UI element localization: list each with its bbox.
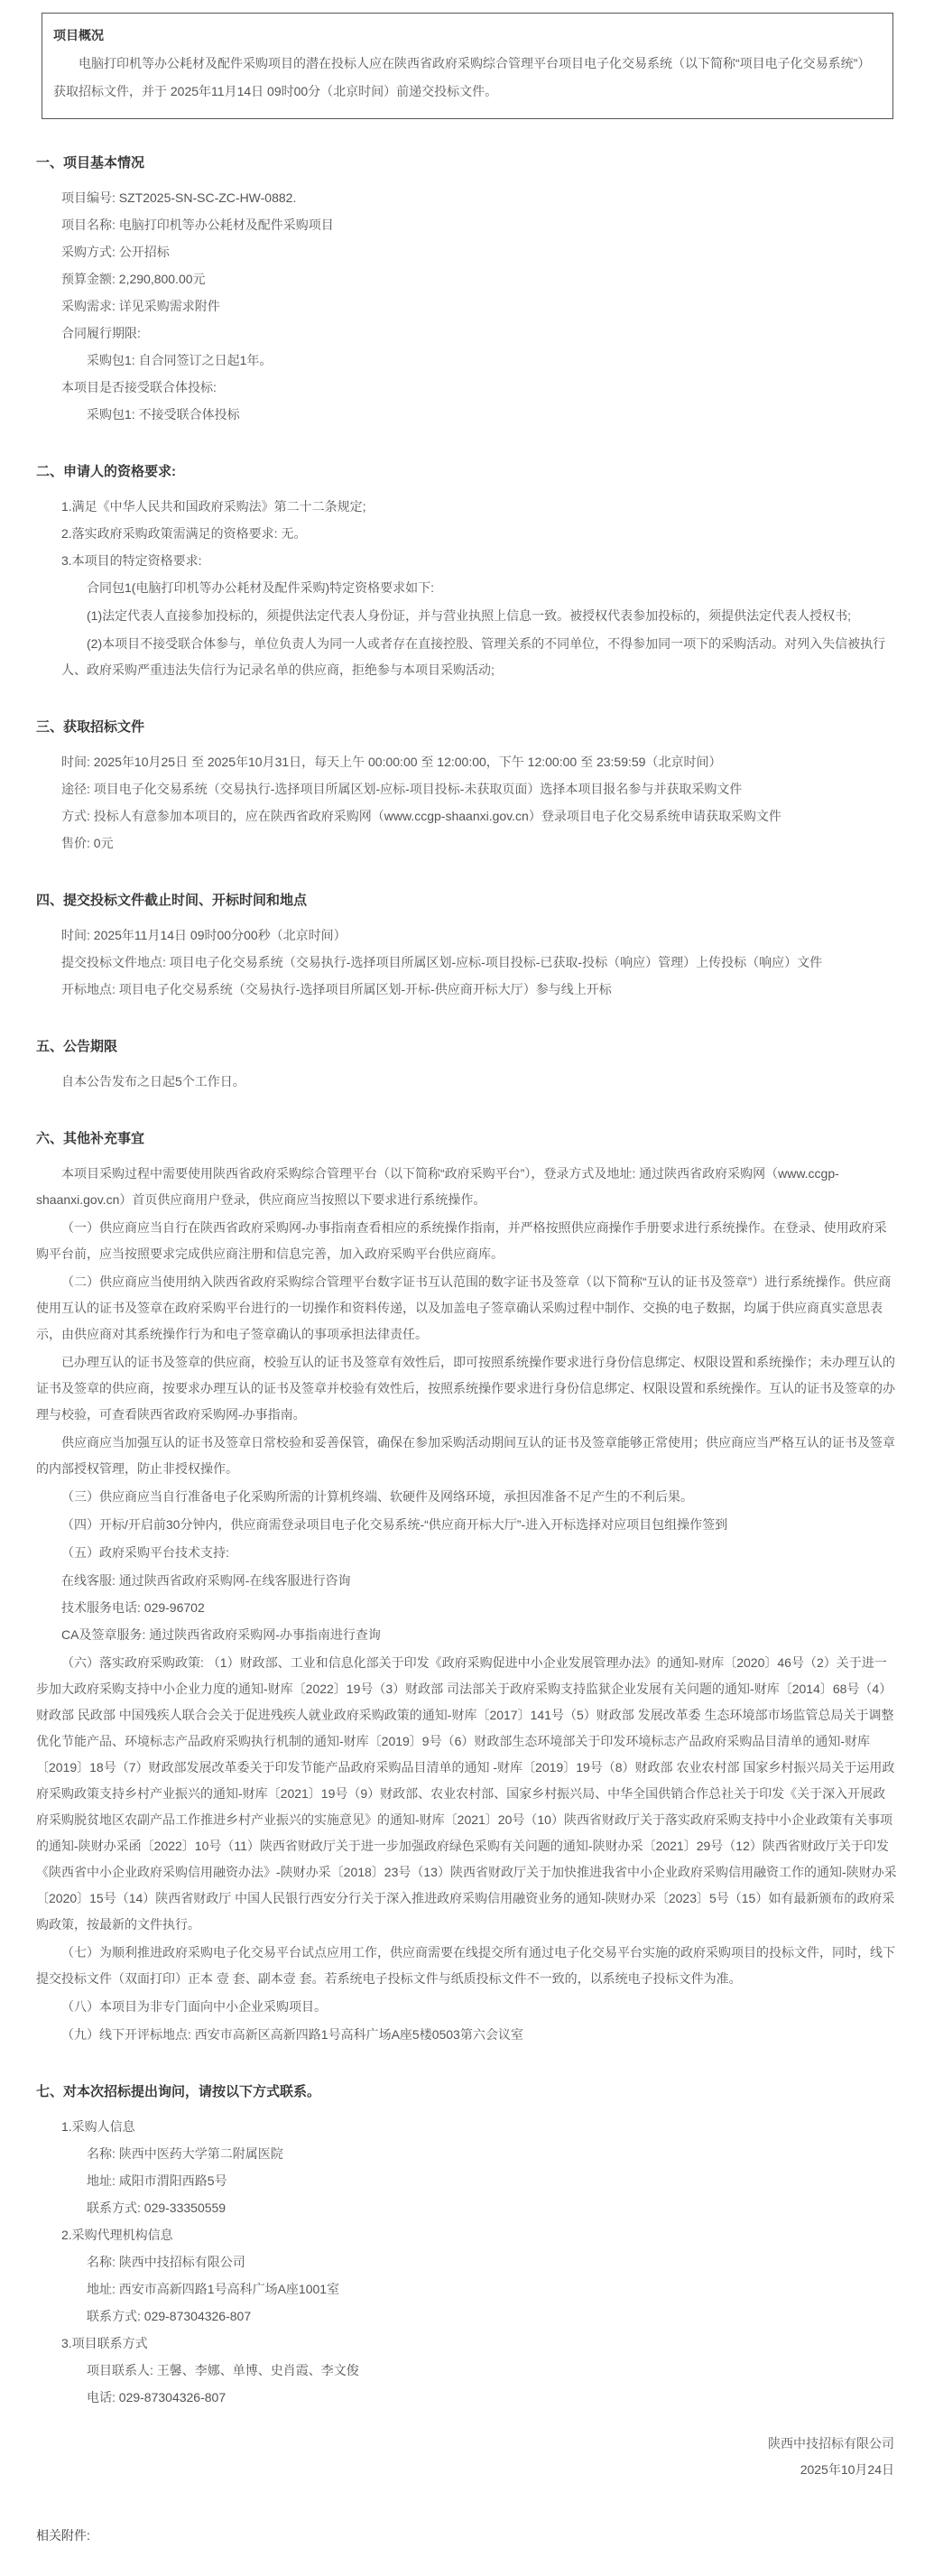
field-line: 时间: 2025年10月25日 至 2025年10月31日，每天上午 00:00…	[36, 749, 898, 775]
section-heading: 七、对本次招标提出询问，请按以下方式联系。	[36, 2079, 898, 2105]
sub-field-line: 电话: 029-87304326-807	[36, 2385, 898, 2411]
paragraph: （八）本项目为非专门面向中小企业采购项目。	[36, 1994, 898, 2020]
paragraph: （一）供应商应当自行在陕西省政府采购网-办事指南查看相应的系统操作指南，并严格按…	[36, 1215, 898, 1267]
sub-field-line: 项目联系人: 王馨、李娜、单博、史肖霞、李文俊	[36, 2358, 898, 2384]
field-line: 技术服务电话: 029-96702	[36, 1595, 898, 1621]
signature-block: 陕西中技招标有限公司 2025年10月24日	[36, 2431, 898, 2483]
section-heading: 三、获取招标文件	[36, 714, 898, 740]
section-heading: 五、公告期限	[36, 1033, 898, 1060]
field-line: 采购方式: 公开招标	[36, 239, 898, 265]
sub-paragraph: (1)法定代表人直接参加投标的，须提供法定代表人身份证，并与营业执照上信息一致。…	[36, 603, 898, 629]
paragraph: （三）供应商应当自行准备电子化采购所需的计算机终端、软硬件及网络环境，承担因准备…	[36, 1484, 898, 1510]
sub-field-line: 采购包1: 自合同签订之日起1年。	[36, 347, 898, 374]
field-line: 提交投标文件地点: 项目电子化交易系统（交易执行-选择项目所属区划-应标-项目投…	[36, 950, 898, 976]
field-line: 项目编号: SZT2025-SN-SC-ZC-HW-0882.	[36, 185, 898, 211]
section-heading: 四、提交投标文件截止时间、开标时间和地点	[36, 887, 898, 913]
sub-field-line: 名称: 陕西中医药大学第二附属医院	[36, 2141, 898, 2167]
sub-field-line: 联系方式: 029-33350559	[36, 2195, 898, 2221]
overview-title: 项目概况	[53, 22, 880, 50]
field-line: CA及签章服务: 通过陕西省政府采购网-办事指南进行查询	[36, 1622, 898, 1648]
sub-field-line: 地址: 咸阳市渭阳西路5号	[36, 2168, 898, 2194]
field-line: 方式: 投标人有意参加本项目的，应在陕西省政府采购网（www.ccgp-shaa…	[36, 803, 898, 829]
paragraph: 已办理互认的证书及签章的供应商，校验互认的证书及签章有效性后，即可按照系统操作要…	[36, 1349, 898, 1428]
sub-field-line: 联系方式: 029-87304326-807	[36, 2303, 898, 2330]
sub-field-line: 地址: 西安市高新四路1号高科广场A座1001室	[36, 2276, 898, 2303]
paragraph: （二）供应商应当使用纳入陕西省政府采购综合管理平台数字证书互认范围的数字证书及签…	[36, 1269, 898, 1348]
paragraph: （九）线下开评标地点: 西安市高新区高新四路1号高科广场A座5楼0503第六会议…	[36, 2022, 898, 2048]
sub-field-line: 合同包1(电脑打印机等办公耗材及配件采购)特定资格要求如下:	[36, 575, 898, 601]
paragraph: （六）落实政府采购政策: （1）财政部、工业和信息化部关于印发《政府采购促进中小…	[36, 1650, 898, 1938]
paragraph: （五）政府采购平台技术支持:	[36, 1540, 898, 1566]
field-line: 售价: 0元	[36, 830, 898, 857]
sub-paragraph: (2)本项目不接受联合体参与，单位负责人为同一人或者存在直接控股、管理关系的不同…	[36, 631, 898, 683]
announcement-body: 一、项目基本情况项目编号: SZT2025-SN-SC-ZC-HW-0882.项…	[36, 150, 898, 2411]
field-line: 预算金额: 2,290,800.00元	[36, 266, 898, 292]
overview-body: 电脑打印机等办公耗材及配件采购项目的潜在投标人应在陕西省政府采购综合管理平台项目…	[53, 50, 880, 106]
field-line: 在线客服: 通过陕西省政府采购网-在线客服进行咨询	[36, 1568, 898, 1594]
sub-field-line: 名称: 陕西中技招标有限公司	[36, 2249, 898, 2275]
section-heading: 二、申请人的资格要求:	[36, 459, 898, 485]
field-line: 1.满足《中华人民共和国政府采购法》第二十二条规定;	[36, 494, 898, 520]
signature-company: 陕西中技招标有限公司	[36, 2431, 894, 2457]
field-line: 开标地点: 项目电子化交易系统（交易执行-选择项目所属区划-开标-供应商开标大厅…	[36, 977, 898, 1003]
sub-field-line: 采购包1: 不接受联合体投标	[36, 402, 898, 428]
field-line: 时间: 2025年11月14日 09时00分00秒（北京时间）	[36, 922, 898, 949]
field-line: 2.落实政府采购政策需满足的资格要求: 无。	[36, 521, 898, 547]
field-line: 本项目是否接受联合体投标:	[36, 375, 898, 401]
field-line: 3.本项目的特定资格要求:	[36, 548, 898, 574]
field-line: 自本公告发布之日起5个工作日。	[36, 1069, 898, 1095]
field-line: 1.采购人信息	[36, 2114, 898, 2140]
field-line: 2.采购代理机构信息	[36, 2222, 898, 2248]
field-line: 合同履行期限:	[36, 320, 898, 347]
field-line: 采购需求: 详见采购需求附件	[36, 293, 898, 320]
overview-box: 项目概况 电脑打印机等办公耗材及配件采购项目的潜在投标人应在陕西省政府采购综合管…	[42, 13, 893, 119]
paragraph: （四）开标/开启前30分钟内，供应商需登录项目电子化交易系统-“供应商开标大厅”…	[36, 1512, 898, 1538]
signature-date: 2025年10月24日	[36, 2457, 894, 2483]
attachments-label: 相关附件:	[36, 2523, 898, 2549]
field-line: 项目名称: 电脑打印机等办公耗材及配件采购项目	[36, 212, 898, 238]
paragraph: 本项目采购过程中需要使用陕西省政府采购综合管理平台（以下简称“政府采购平台”），…	[36, 1161, 898, 1213]
section-heading: 一、项目基本情况	[36, 150, 898, 176]
field-line: 途径: 项目电子化交易系统（交易执行-选择项目所属区划-应标-项目投标-未获取页…	[36, 776, 898, 802]
paragraph: （七）为顺利推进政府采购电子化交易平台试点应用工作，供应商需要在线提交所有通过电…	[36, 1940, 898, 1992]
field-line: 3.项目联系方式	[36, 2330, 898, 2357]
section-heading: 六、其他补充事宜	[36, 1126, 898, 1152]
paragraph: 供应商应当加强互认的证书及签章日常校验和妥善保管，确保在参加采购活动期间互认的证…	[36, 1430, 898, 1482]
procurement-announcement-document: 项目概况 电脑打印机等办公耗材及配件采购项目的潜在投标人应在陕西省政府采购综合管…	[0, 0, 934, 2576]
